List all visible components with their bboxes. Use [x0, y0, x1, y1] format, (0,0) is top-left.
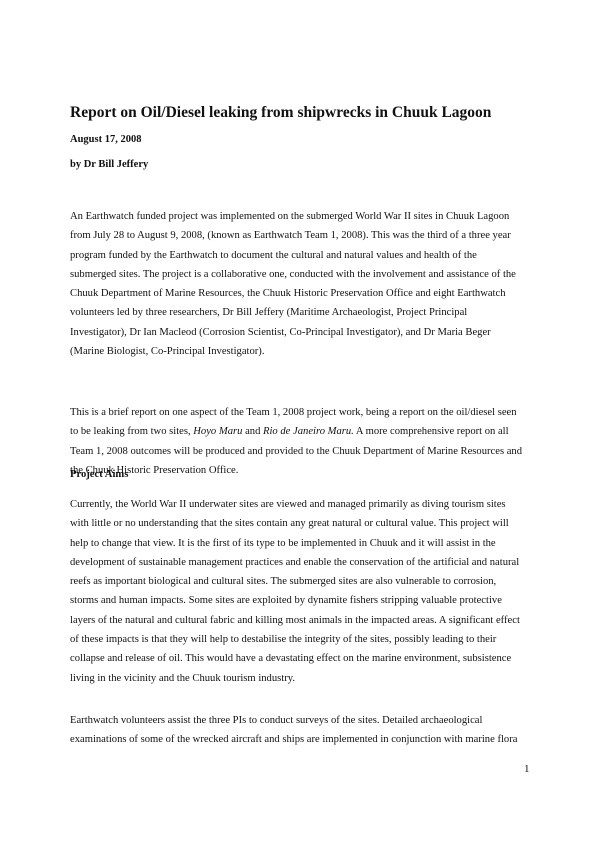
- text-line: help to change that view. It is the firs…: [70, 534, 540, 553]
- document-page: Report on Oil/Diesel leaking from shipwr…: [0, 0, 600, 849]
- paragraph-earthwatch-volunteers: Earthwatch volunteers assist the three P…: [70, 711, 540, 750]
- paragraph-project-aims: Currently, the World War II underwater s…: [70, 495, 540, 688]
- ship-name-hoyo-maru: Hoyo Maru: [193, 426, 242, 437]
- text-line: from July 28 to August 9, 2008, (known a…: [70, 226, 540, 245]
- ship-name-rio-de-janeiro-maru: Rio de Janeiro Maru.: [263, 426, 354, 437]
- text-line: (Marine Biologist, Co-Principal Investig…: [70, 342, 540, 361]
- text-line: collapse and release of oil. This would …: [70, 649, 540, 668]
- text-line: examinations of some of the wrecked airc…: [70, 730, 540, 749]
- text-line: volunteers led by three researchers, Dr …: [70, 303, 540, 322]
- text-line: development of sustainable management pr…: [70, 553, 540, 572]
- text-line: Chuuk Department of Marine Resources, th…: [70, 284, 540, 303]
- text-line: submerged sites. The project is a collab…: [70, 265, 540, 284]
- paragraph-intro: An Earthwatch funded project was impleme…: [70, 207, 540, 361]
- text-line: reefs as important biological and cultur…: [70, 572, 540, 591]
- document-title: Report on Oil/Diesel leaking from shipwr…: [70, 104, 491, 122]
- text-line: to be leaking from two sites, Hoyo Maru …: [70, 422, 540, 441]
- text-line: of these impacts is that they will help …: [70, 630, 540, 649]
- text-line: living in the vicinity and the Chuuk tou…: [70, 669, 540, 688]
- paragraph-brief-report: This is a brief report on one aspect of …: [70, 403, 540, 480]
- page-number: 1: [524, 763, 530, 775]
- text-line: This is a brief report on one aspect of …: [70, 403, 540, 422]
- text-line: storms and human impacts. Some sites are…: [70, 591, 540, 610]
- text-line: the Chuuk Historic Preservation Office.: [70, 461, 540, 480]
- text-line: Currently, the World War II underwater s…: [70, 495, 540, 514]
- text-line: with little or no understanding that the…: [70, 514, 540, 533]
- text-line: program funded by the Earthwatch to docu…: [70, 246, 540, 265]
- document-author: by Dr Bill Jeffery: [70, 159, 148, 170]
- text-fragment: A more comprehensive report on all: [354, 426, 509, 437]
- text-line: Team 1, 2008 outcomes will be produced a…: [70, 442, 540, 461]
- text-line: An Earthwatch funded project was impleme…: [70, 207, 540, 226]
- text-fragment: to be leaking from two sites,: [70, 426, 193, 437]
- text-line: Investigator), Dr Ian Macleod (Corrosion…: [70, 323, 540, 342]
- text-fragment: and: [242, 426, 263, 437]
- document-date: August 17, 2008: [70, 134, 141, 145]
- text-line: layers of the natural and cultural fabri…: [70, 611, 540, 630]
- text-line: Earthwatch volunteers assist the three P…: [70, 711, 540, 730]
- section-heading-project-aims: Project Aims: [70, 469, 128, 480]
